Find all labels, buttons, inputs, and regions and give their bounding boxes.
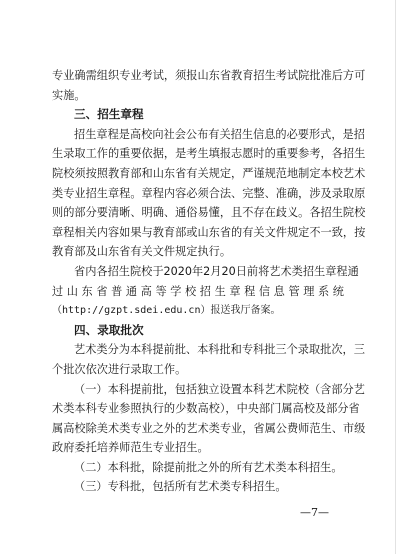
text-line: 生录取工作的重要依据，是考生填报志愿时的重要参考，各招生 (52, 144, 344, 164)
text-line: 招生章程是高校向社会公布有关招生信息的必要形式，是招 (52, 125, 344, 145)
section-heading-admission-batches: 四、录取批次 (52, 321, 344, 341)
section-heading-admissions-charter: 三、招生章程 (52, 105, 344, 125)
text-line: 属高校除美术类专业之外的艺术类专业，省属公费师范生、市级 (52, 419, 344, 439)
text-line: 类专业招生章程。章程内容必须合法、完整、准确，涉及录取原 (52, 184, 344, 204)
text-line: 过山东省普通高等学校招生章程信息管理系统 (52, 282, 344, 302)
text-line: 政府委托培养师范生专业招生。 (52, 438, 344, 458)
text-line: （二）本科批，除提前批之外的所有艺术类本科招生。 (52, 458, 344, 478)
text-line: 则的部分要清晰、明确、通俗易懂，且不存在歧义。各招生院校 (52, 203, 344, 223)
text-line: 艺术类分为本科提前批、本科批和专科批三个录取批次，三 (52, 340, 344, 360)
text-line: （一）本科提前批，包括独立设置本科艺术院校（含部分艺 (52, 380, 344, 400)
text-line: 专业确需组织专业考试，须报山东省教育招生考试院批准后方可 (52, 66, 344, 86)
text-line: 院校须按照教育部和山东省有关规定，严谨规范地制定本校艺术 (52, 164, 344, 184)
page-edge-divider (395, 0, 396, 554)
text-line: 章程相关内容如果与教育部或山东省的有关文件规定不一致，按 (52, 223, 344, 243)
text-line: 教育部及山东省有关文件规定执行。 (52, 242, 344, 262)
text-line: 省内各招生院校于2020年2月20日前将艺术类招生章程通 (52, 262, 344, 282)
page-number: —7— (300, 506, 329, 519)
url-line: （http://gzpt.sdei.edu.cn）报送我厅备案。 (52, 301, 344, 321)
text-line: （三）专科批，包括所有艺术类专科招生。 (52, 477, 344, 497)
document-body: 专业确需组织专业考试，须报山东省教育招生考试院批准后方可 实施。 三、招生章程 … (52, 66, 344, 497)
text-line: 术类本科专业参照执行的少数高校），中央部门属高校及部分省 (52, 399, 344, 419)
text-line: 个批次依次进行录取工作。 (52, 360, 344, 380)
text-line: 实施。 (52, 86, 344, 106)
